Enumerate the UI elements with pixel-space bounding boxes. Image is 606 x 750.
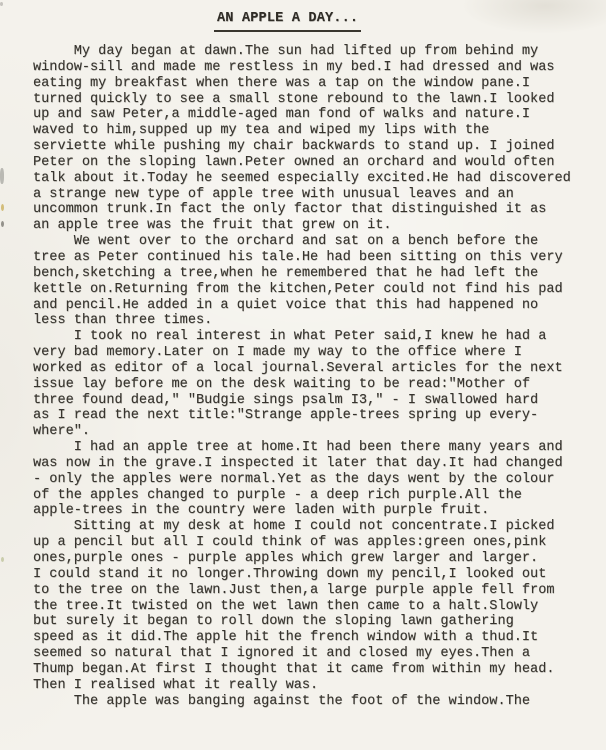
paper-speck [1,557,4,562]
text-line: up a pencil but all I could think of was… [33,535,573,551]
story-text: My day began at dawn.The sun had lifted … [33,44,573,709]
text-line: The apple was banging against the foot o… [33,694,573,710]
text-line: ones,purple ones - purple apples which g… [33,551,573,567]
text-line: I had an apple tree at home.It had been … [33,440,573,456]
text-line: bench,sketching a tree,when he remembere… [33,266,573,282]
text-line: kettle on.Returning from the kitchen,Pet… [33,282,573,298]
text-line: window-sill and made me restless in my b… [33,60,573,76]
paper-speck [1,204,4,211]
text-line: I could stand it no longer.Throwing down… [33,567,573,583]
text-line: serviette while pushing my chair backwar… [33,139,573,155]
text-line: issue lay before me on the desk waiting … [33,377,573,393]
text-line: a strange new type of apple tree with un… [33,187,573,203]
paragraph: I had an apple tree at home.It had been … [33,440,573,519]
paragraph: We went over to the orchard and sat on a… [33,234,573,329]
text-line: apple-trees in the country were laden wi… [33,503,573,519]
text-line: Peter on the sloping lawn.Peter owned an… [33,155,573,171]
text-line: but surely it began to roll down the slo… [33,614,573,630]
text-line: tree as Peter continued his tale.He had … [33,250,573,266]
text-line: very bad memory.Later on I made my way t… [33,345,573,361]
paragraph: My day began at dawn.The sun had lifted … [33,44,573,234]
text-line: where". [33,424,573,440]
text-line: waved to him,supped up my tea and wiped … [33,123,573,139]
text-line: seemed so natural that I ignored it and … [33,646,573,662]
text-line: Then I realised what it really was. [33,678,573,694]
paragraph: I took no real interest in what Peter sa… [33,329,573,440]
text-line: up and saw Peter,a middle-aged man fond … [33,107,573,123]
text-line: of the apples changed to purple - a deep… [33,488,573,504]
text-line: to the tree on the lawn.Just then,a larg… [33,583,573,599]
paragraph: Sitting at my desk at home I could not c… [33,519,573,693]
text-line: as I read the next title:"Strange apple-… [33,408,573,424]
text-line: - only the apples were normal.Yet as the… [33,472,573,488]
paper-speck [0,2,3,6]
text-line: worked as editor of a local journal.Seve… [33,361,573,377]
text-line: the tree.It twisted on the wet lawn then… [33,599,573,615]
paragraph: The apple was banging against the foot o… [33,694,573,710]
text-line: My day began at dawn.The sun had lifted … [33,44,573,60]
text-line: I took no real interest in what Peter sa… [33,329,573,345]
text-line: three found dead," "Budgie sings psalm I… [33,393,573,409]
text-line: and pencil.He added in a quiet voice tha… [33,298,573,314]
text-line: an apple tree was the fruit that grew on… [33,218,573,234]
text-line: less than three times. [33,313,573,329]
text-line: speed as it did.The apple hit the french… [33,630,573,646]
text-line: uncommon trunk.In fact the only factor t… [33,202,573,218]
text-line: was now in the grave.I inspected it late… [33,456,573,472]
text-line: eating my breakfast when there was a tap… [33,76,573,92]
typewritten-page: AN APPLE A DAY... My day began at dawn.T… [0,0,606,750]
paper-speck [1,221,4,227]
paper-speck [0,168,4,184]
text-line: Thump began.At first I thought that it c… [33,662,573,678]
text-line: Sitting at my desk at home I could not c… [33,519,573,535]
page-title: AN APPLE A DAY... [214,11,361,32]
text-line: talk about it.Today he seemed especially… [33,171,573,187]
text-line: turned quickly to see a small stone rebo… [33,92,573,108]
text-line: We went over to the orchard and sat on a… [33,234,573,250]
